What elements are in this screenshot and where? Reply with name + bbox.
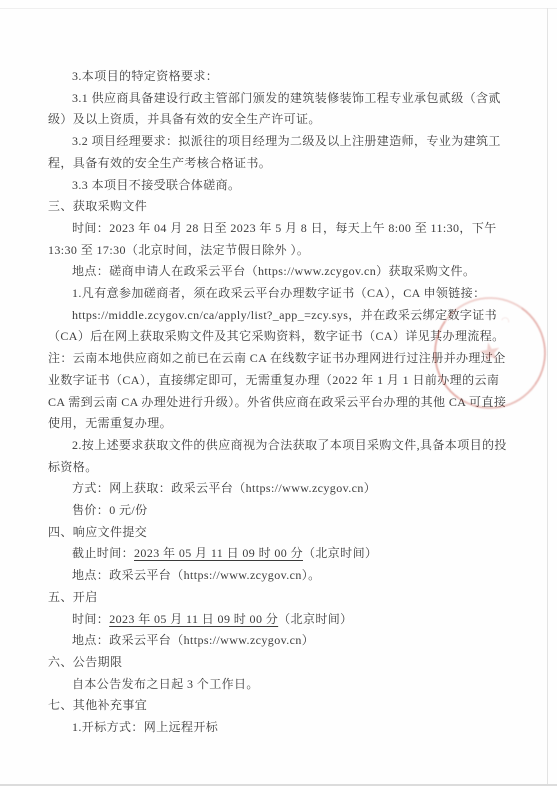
underlined-datetime: 2023 年 05 月 11 日 09 时 00 分: [109, 612, 278, 626]
text-segment: 自本公告发布之日起 3 个工作日。: [72, 677, 259, 691]
text-segment: 五、开启: [48, 590, 98, 604]
obtain-time: 时间：2023 年 04 月 28 日至 2023 年 5 月 8 日，每天上午…: [48, 218, 512, 261]
text-segment: https://middle.zcygov.cn/ca/apply/list?_…: [48, 308, 506, 431]
ca-note-intro: 1.凡有意参加磋商者，须在政采云平台办理数字证书（CA），CA 申领链接：: [48, 283, 512, 305]
text-segment: 3.2 项目经理要求：拟派往的项目经理为二级及以上注册建造师，专业为建筑工程，具…: [48, 134, 501, 170]
obtain-location: 地点：磋商申请人在政采云平台（https://www.zcygov.cn）获取采…: [48, 261, 512, 283]
ca-note-detail: https://middle.zcygov.cn/ca/apply/list?_…: [48, 305, 512, 435]
scanned-document-page: 3.本项目的特定资格要求：3.1 供应商具备建设行政主管部门颁发的建筑装修装饰工…: [0, 0, 557, 786]
section-3-heading: 三、获取采购文件: [48, 196, 512, 218]
bid-opening-method: 1.开标方式：网上远程开标: [48, 717, 512, 739]
text-segment: 七、其他补充事宜: [48, 698, 147, 712]
submit-location: 地点：政采云平台（https://www.zcygov.cn）。: [48, 565, 512, 587]
text-segment: （北京时间）: [303, 546, 377, 560]
qualification-note: 2.按上述要求获取文件的供应商视为合法获取了本项目采购文件,具备本项目的投标资格…: [48, 435, 512, 478]
open-location: 地点：政采云平台（https://www.zcygov.cn）: [48, 630, 512, 652]
text-segment: 地点：磋商申请人在政采云平台（https://www.zcygov.cn）获取采…: [72, 264, 475, 278]
section-7-heading: 七、其他补充事宜: [48, 695, 512, 717]
price: 售价：0 元/份: [48, 500, 512, 522]
clause-3: 3.本项目的特定资格要求：: [48, 66, 512, 88]
clause-3-1: 3.1 供应商具备建设行政主管部门颁发的建筑装修装饰工程专业承包贰级（含贰级）及…: [48, 88, 512, 131]
text-segment: 三、获取采购文件: [48, 199, 147, 213]
text-segment: 1.凡有意参加磋商者，须在政采云平台办理数字证书（CA），CA 申领链接：: [72, 286, 485, 300]
open-time: 时间：2023 年 05 月 11 日 09 时 00 分（北京时间）: [48, 609, 512, 631]
text-segment: 截止时间：: [72, 546, 134, 560]
text-segment: 2.按上述要求获取文件的供应商视为合法获取了本项目采购文件,具备本项目的投标资格…: [48, 438, 507, 474]
obtain-method: 方式：网上获取：政采云平台（https://www.zcygov.cn）: [48, 478, 512, 500]
document-body: 3.本项目的特定资格要求：3.1 供应商具备建设行政主管部门颁发的建筑装修装饰工…: [0, 0, 557, 739]
text-segment: 四、响应文件提交: [48, 525, 147, 539]
underlined-datetime: 2023 年 05 月 11 日 09 时 00 分: [134, 546, 303, 560]
text-segment: 3.1 供应商具备建设行政主管部门颁发的建筑装修装饰工程专业承包贰级（含贰级）及…: [48, 91, 501, 127]
section-4-heading: 四、响应文件提交: [48, 522, 512, 544]
text-segment: 3.本项目的特定资格要求：: [72, 69, 218, 83]
text-segment: 方式：网上获取：政采云平台（https://www.zcygov.cn）: [72, 481, 376, 495]
text-segment: 3.3 本项目不接受联合体磋商。: [72, 178, 240, 192]
text-segment: 地点：政采云平台（https://www.zcygov.cn）: [72, 633, 314, 647]
text-segment: 时间：: [72, 612, 109, 626]
clause-3-2: 3.2 项目经理要求：拟派往的项目经理为二级及以上注册建造师，专业为建筑工程，具…: [48, 131, 512, 174]
text-segment: 售价：0 元/份: [72, 503, 148, 517]
announcement-period: 自本公告发布之日起 3 个工作日。: [48, 674, 512, 696]
section-6-heading: 六、公告期限: [48, 652, 512, 674]
text-segment: 时间：2023 年 04 月 28 日至 2023 年 5 月 8 日，每天上午…: [48, 221, 497, 257]
clause-3-3: 3.3 本项目不接受联合体磋商。: [48, 175, 512, 197]
text-segment: （北京时间）: [278, 612, 352, 626]
text-segment: 地点：政采云平台（https://www.zcygov.cn）。: [72, 568, 321, 582]
section-5-heading: 五、开启: [48, 587, 512, 609]
text-segment: 1.开标方式：网上远程开标: [72, 720, 218, 734]
submit-deadline: 截止时间：2023 年 05 月 11 日 09 时 00 分（北京时间）: [48, 543, 512, 565]
text-segment: 六、公告期限: [48, 655, 122, 669]
